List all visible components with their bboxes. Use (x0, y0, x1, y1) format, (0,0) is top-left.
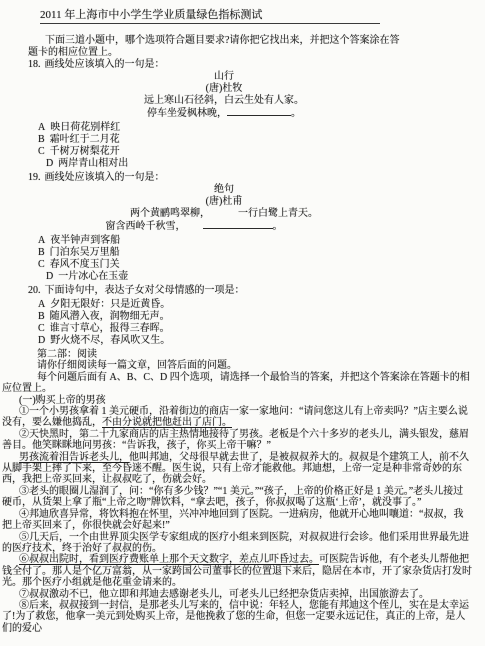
page-title: 2011 年上海市中小学生学业质量绿色指标测试 (40, 8, 380, 24)
passage-text: ⑧后来，叔叔接到一封信，是那老头儿写来的，信中说：年轻人，您能有邦迪这个侄儿，实… (2, 600, 469, 634)
question-19-text: 画线处应该填入的一句是： (45, 172, 165, 183)
poem-19-line1: 两个黄鹂鸣翠柳，一行白鹭上青天。 (28, 208, 420, 220)
option-text: 千树万树梨花开 (50, 146, 120, 157)
poem-19-line1-left: 两个黄鹂鸣翠柳， (130, 208, 210, 219)
question-18-prompt: 18.画线处应该填入的一句是： (28, 59, 485, 71)
option-label: B (38, 134, 45, 145)
question-19-options: A夜半钟声到客船 B门泊东吴万里船 C春风不度玉门关 D一片冰心在玉壶 (38, 235, 485, 283)
passage-paragraph: ⑧后来，叔叔接到一封信，是那老头儿写来的，信中说：年轻人，您能有邦迪这个侄儿，实… (2, 600, 472, 634)
section-intro: 下面三道小题中，哪个选项符合题目要求?请你把它找出来，并把这个答案涂在答题卡的相… (28, 35, 400, 59)
option-20-d: D野火烧不尽，春风吹又生。 (38, 335, 485, 347)
option-label: A (38, 235, 45, 246)
passage-text: ②天快黑时，第二十九家商店的店主热情地接待了男孩。老板是个六十多岁的老头儿，满头… (2, 429, 469, 451)
passage-paragraph: ①一个小男孩拿着 1 美元硬币，沿着街边的商店一家一家地问：“请问您这儿有上帝卖… (2, 406, 472, 429)
option-18-a: A映日荷花别样红 (38, 122, 485, 134)
option-text: 映日荷花别样红 (50, 122, 120, 133)
question-20-text: 下面诗句中，表达子女对父母情感的一项是： (45, 285, 245, 296)
passage-paragraph: ⑥叔叔出院时，看到医疗费账单上那个天文数字，差点儿吓昏过去。可医院告诉他，有个老… (2, 554, 472, 588)
option-label: B (38, 247, 45, 258)
option-text: 随风潜入夜，润物细无声。 (50, 311, 170, 322)
poem-19-line2-pre: 窗含西岭千秋雪， (106, 221, 186, 232)
passage-title: (一)购买上帝的男孩 (2, 395, 472, 406)
passage-paragraph: ②天快黑时，第二十九家商店的店主热情地接待了男孩。老板是个六十多岁的老头儿，满头… (2, 429, 472, 452)
poem-18-line2-pre: 停车坐爱枫林晚， (147, 108, 227, 119)
poem-19-line2-post: 。 (273, 221, 283, 232)
option-text: 一片冰心在玉壶 (58, 271, 128, 282)
underlined-text: 男孩流着泪告诉老头儿， (19, 452, 129, 463)
passage-paragraph: ⑤几天后，一个由世界顶尖医学专家组成的医疗小组来到医院，对叔叔进行会诊。他们采用… (2, 532, 472, 555)
option-text: 谁言寸草心，报得三春晖。 (50, 323, 170, 334)
passage-paragraph: 男孩流着泪告诉老头儿，他叫邦迪，父母很早就去世了，是被叔叔养大的。叔叔是个建筑工… (2, 452, 472, 486)
passage-paragraph: ④邦迪欣喜异常，将饮料抱在怀里，兴冲冲地回到了医院。一进病房，他就开心地叫嚷道：… (2, 509, 472, 532)
option-label: A (38, 122, 45, 133)
poem-18: 山行 (唐)杜牧 远上寒山石径斜，白云生处有人家。 停车坐爱枫林晚，。 (28, 71, 420, 120)
poem-19-line1-right: 一行白鹭上青天。 (238, 208, 318, 219)
option-text: 门泊东吴万里船 (50, 247, 120, 258)
option-text: 霜叶红于二月花 (50, 134, 120, 145)
answer-blank (203, 220, 273, 229)
option-text: 两岸青山相对出 (58, 158, 128, 169)
passage-text: ⑦叔叔激动不已，他立即和邦迪去感谢老头儿，可老头儿已经把杂货店卖掉，出国旅游去了… (19, 589, 429, 600)
option-19-b: B门泊东吴万里船 (38, 247, 485, 259)
option-label: D (38, 335, 45, 346)
option-20-a: A夕阳无限好：只是近黄昏。 (38, 299, 485, 311)
poem-19: 绝句 (唐)杜甫 两个黄鹂鸣翠柳，一行白鹭上青天。 窗含西岭千秋雪，。 (28, 184, 420, 233)
option-text: 夕阳无限好：只是近黄昏。 (50, 299, 170, 310)
option-label: D (46, 158, 53, 169)
question-18-options: A映日荷花别样红 B霜叶红于二月花 C千树万树梨花开 D两岸青山相对出 (38, 122, 485, 170)
option-text: 夜半钟声到客船 (50, 235, 120, 246)
passage-text: ④邦迪欣喜异常，将饮料抱在怀里，兴冲冲地回到了医院。一进病房，他就开心地叫嚷道：… (2, 509, 463, 531)
part2-instruction-2: 每个问题后面有 A、B、C、D 四个选项，请选择一个最恰当的答案，并把这个答案涂… (2, 372, 472, 395)
page-title-text: 2011 年上海市中小学生学业质量绿色指标测试 (40, 9, 262, 21)
passage-body: ①一个小男孩拿着 1 美元硬币，沿着街边的商店一家一家地问：“请问您这儿有上帝卖… (2, 406, 472, 634)
option-20-c: C谁言寸草心，报得三春晖。 (38, 323, 485, 335)
poem-19-line2: 窗含西岭千秋雪，。 (28, 220, 360, 233)
poem-18-line2: 停车坐爱枫林晚，。 (28, 107, 420, 120)
option-18-b: B霜叶红于二月花 (38, 134, 485, 146)
option-18-c: C千树万树梨花开 (38, 146, 485, 158)
passage-paragraph: ③老头的眼圈儿湿润了，问：“你有多少钱？”“1 美元。”“孩子，上帝的价格正好是… (2, 486, 472, 509)
option-label: C (38, 146, 45, 157)
answer-blank (227, 107, 291, 116)
poem-19-author: (唐)杜甫 (28, 196, 420, 208)
option-20-b: B随风潜入夜，润物细无声。 (38, 311, 485, 323)
underlined-text: 不由分说就把他赶出了店门。 (102, 417, 232, 428)
option-19-a: A夜半钟声到客船 (38, 235, 485, 247)
option-label: C (38, 259, 45, 270)
option-18-d: D两岸青山相对出 (38, 158, 485, 170)
passage-text: ⑤几天后，一个由世界顶尖医学专家组成的医疗小组来到医院，对叔叔进行会诊。他们采用… (2, 532, 469, 554)
question-20-prompt: 20.下面诗句中，表达子女对父母情感的一项是： (28, 285, 485, 297)
part2-heading: 第二部：阅读 (2, 349, 472, 360)
passage-text: ①一个小男孩拿着 1 美元硬币，沿着街边的商店一家一家地问：“请问您这儿有上帝卖… (2, 406, 468, 428)
scanned-test-page: 2011 年上海市中小学生学业质量绿色指标测试 下面三道小题中，哪个选项符合题目… (0, 0, 485, 646)
poem-18-line2-post: 。 (291, 108, 301, 119)
question-20-options: A夕阳无限好：只是近黄昏。 B随风潜入夜，润物细无声。 C谁言寸草心，报得三春晖… (38, 299, 485, 347)
question-19-number: 19. (28, 172, 41, 183)
option-label: D (46, 271, 53, 282)
question-20-number: 20. (28, 285, 41, 296)
question-19-prompt: 19.画线处应该填入的一句是： (28, 172, 485, 184)
option-label: C (38, 323, 45, 334)
poem-18-author: (唐)杜牧 (28, 83, 420, 95)
poem-19-title: 绝句 (28, 184, 420, 196)
option-text: 春风不度玉门关 (50, 259, 120, 270)
passage-text: ③老头的眼圈儿湿润了，问：“你有多少钱？”“1 美元。”“孩子，上帝的价格正好是… (2, 486, 463, 508)
poem-18-line1: 远上寒山石径斜，白云生处有人家。 (28, 95, 420, 107)
option-text: 野火烧不尽，春风吹又生。 (50, 335, 170, 346)
multiple-choice-section: 下面三道小题中，哪个选项符合题目要求?请你把它找出来，并把这个答案涂在答题卡的相… (28, 35, 485, 347)
question-18-text: 画线处应该填入的一句是： (45, 59, 165, 70)
option-label: A (38, 299, 45, 310)
underlined-text: ⑥叔叔出院时，看到医疗费账单上那个天文数字，差点儿吓昏过去。 (19, 554, 319, 565)
option-19-d: D一片冰心在玉壶 (38, 271, 485, 283)
part2-instruction-1: 请你仔细阅读每一篇文章，回答后面的问题。 (2, 360, 472, 371)
option-label: B (38, 311, 45, 322)
question-18-number: 18. (28, 59, 41, 70)
passage-paragraph: ⑦叔叔激动不已，他立即和邦迪去感谢老头儿，可老头儿已经把杂货店卖掉，出国旅游去了… (2, 589, 472, 600)
reading-section: 第二部：阅读 请你仔细阅读每一篇文章，回答后面的问题。 每个问题后面有 A、B、… (2, 349, 472, 634)
poem-18-title: 山行 (28, 71, 420, 83)
option-19-c: C春风不度玉门关 (38, 259, 485, 271)
